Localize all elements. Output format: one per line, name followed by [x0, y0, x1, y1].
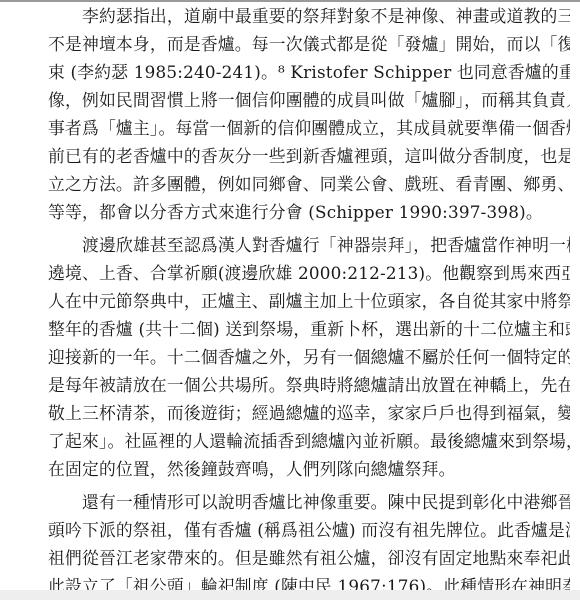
paragraph-3: 還有一種情形可以說明香爐比神像重要。陳中民提到彰化中港鄉晉江厝園 頭吟下派的祭祖…	[14, 488, 570, 600]
text-line: 前已有的老香爐中的香灰分一些到新香爐裡頭，這叫做分香制度，也是團體分	[14, 142, 570, 170]
text-line: 頭吟下派的祭祖，僅有香爐 (稱爲祖公爐) 而沒有祖先牌位。此香爐是渡臺始	[14, 516, 570, 544]
text-line: 迎接新的一年。十二個香爐之外，另有一個總爐不屬於任何一個特定的人，而	[14, 343, 570, 371]
text-line: 李約瑟指出，道廟中最重要的祭拜對象不是神像、神畫或道教的三清，也	[14, 2, 570, 30]
text-line: 人在中元節祭典中，正爐主、副爐主加上十位頭家，各自從其家中將祭拜了一	[14, 287, 570, 315]
text-line: 是每年被請放在一個公共場所。祭典時將總爐請出放置在神轎上，先在總爐前	[14, 371, 570, 399]
document-page: 李約瑟指出，道廟中最重要的祭拜對象不是神像、神畫或道教的三清，也 不是神壇本身，…	[14, 2, 570, 600]
text-line: 束 (李約瑟 1985:240-241)。⁸ Kristofer Schippe…	[14, 58, 570, 86]
text-line: 在固定的位置，然後鐘鼓齊鳴，人們列隊向總爐祭拜。	[14, 455, 570, 483]
text-line: 整年的香爐 (共十二個) 送到祭場，重新卜杯，選出新的十二位爐主和頭家來	[14, 315, 570, 343]
text-line: 還有一種情形可以說明香爐比神像重要。陳中民提到彰化中港鄉晉江厝園	[14, 488, 570, 516]
text-line: 像，例如民間習慣上將一個信仰團體的成員叫做「爐腳」，而稱其負責人或主其	[14, 86, 570, 114]
text-line: 等等，都會以分香方式來進行分會 (Schipper 1990:397-398)。	[14, 198, 570, 226]
text-line: 遶境、上香、合掌祈願(渡邊欣雄 2000:212-213)。他觀察到馬來西亞檳榔…	[14, 259, 570, 287]
text-line: 祖們從晉江老家帶來的。但是雖然有祖公爐，卻沒有固定地點來奉祀此爐，因	[14, 544, 570, 572]
text-line: 立之方法。許多團體，例如同鄉會、同業公會、戲班、看青團、鄉勇、水利會	[14, 170, 570, 198]
text-line: 敬上三杯清茶，而後遊街；經過總爐的巡幸，家家戶戶也得到福氣，變得「旺	[14, 399, 570, 427]
text-line: 了起來」。社區裡的人還輪流插香到總爐內並祈願。最後總爐來到祭場，被放置	[14, 427, 570, 455]
text-line: 渡邊欣雄甚至認爲漢人對香爐行「神器崇拜」，把香爐當作神明一樣地迎接、	[14, 231, 570, 259]
text-line: 不是神壇本身，而是香爐。每一次儀式都是從「發爐」開始，而以「復爐」結	[14, 30, 570, 58]
paragraph-1: 李約瑟指出，道廟中最重要的祭拜對象不是神像、神畫或道教的三清，也 不是神壇本身，…	[14, 2, 570, 226]
bottom-border	[0, 590, 580, 600]
paragraph-2: 渡邊欣雄甚至認爲漢人對香爐行「神器崇拜」，把香爐當作神明一樣地迎接、 遶境、上香…	[14, 231, 570, 483]
text-line: 事者爲「爐主」。每當一個新的信仰團體成立，其成員就要準備一個香爐，將先	[14, 114, 570, 142]
